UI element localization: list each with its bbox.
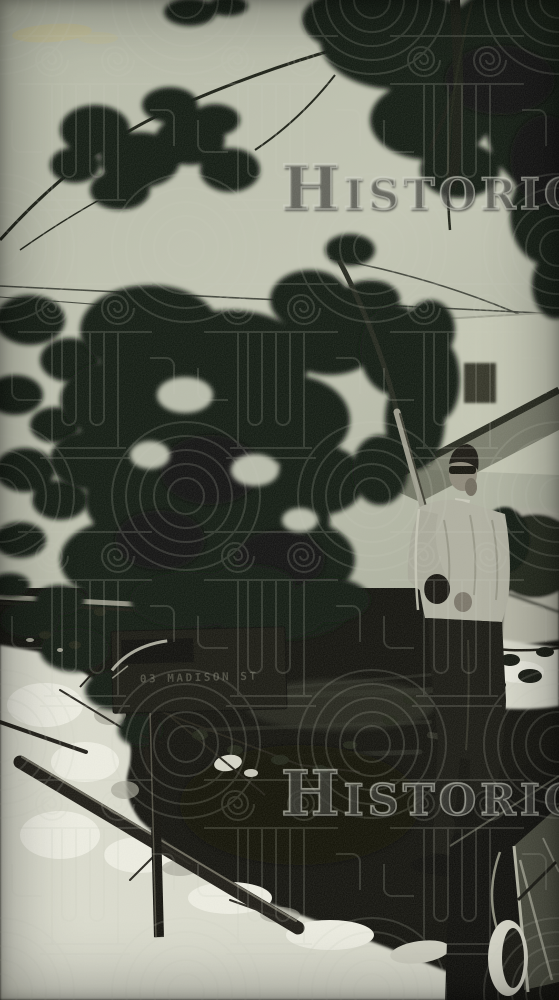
watermark-text-bottom: Historic I bbox=[281, 763, 559, 825]
photo-canvas: 03 MADISON ST bbox=[0, 0, 559, 1000]
watermark-pattern bbox=[0, 0, 559, 1000]
watermark-text-top: Historic I bbox=[281, 157, 559, 219]
